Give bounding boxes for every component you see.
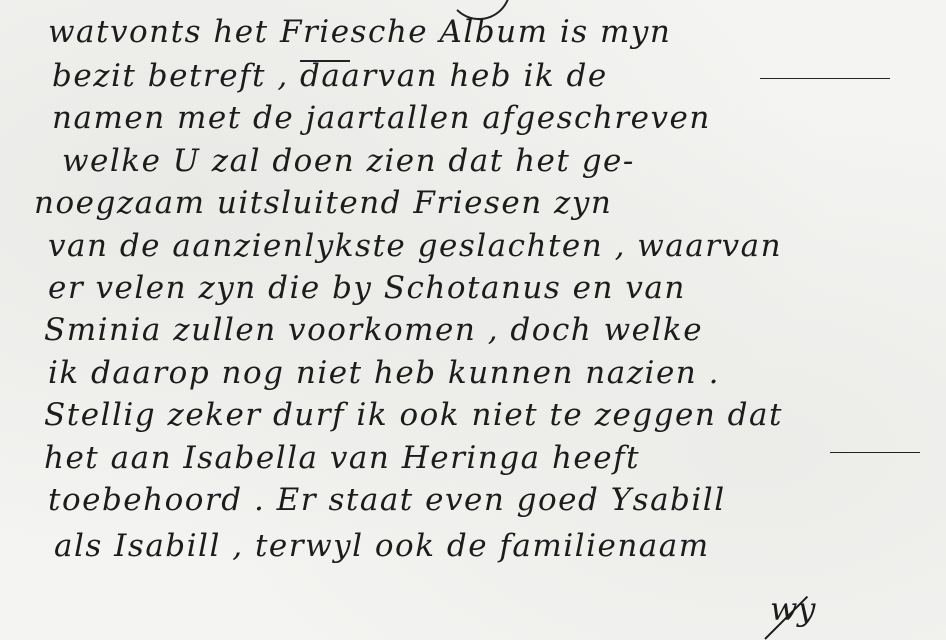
manuscript-line-8: Sminia zullen voorkomen , doch welke <box>44 312 703 348</box>
manuscript-line-3: namen met de jaartallen afgeschreven <box>52 100 711 136</box>
manuscript-line-9: ik daarop nog niet heb kunnen nazien . <box>48 355 720 391</box>
manuscript-line-10: Stellig zeker durf ik ook niet te zeggen… <box>44 397 783 433</box>
ink-stroke <box>300 60 350 62</box>
manuscript-line-1: watvonts het Friesche Album is myn <box>48 14 671 50</box>
manuscript-line-7: er velen zyn die by Schotanus en van <box>48 270 686 306</box>
manuscript-line-6: van de aanzienlykste geslachten , waarva… <box>48 228 782 264</box>
ink-stroke <box>760 78 890 79</box>
manuscript-page: watvonts het Friesche Album is myn bezit… <box>0 0 946 640</box>
manuscript-line-2: bezit betreft , daarvan heb ik de <box>52 58 608 94</box>
ink-stroke <box>830 452 920 453</box>
manuscript-line-5: noegzaam uitsluitend Friesen zyn <box>34 185 612 221</box>
manuscript-line-11: het aan Isabella van Heringa heeft <box>44 440 640 476</box>
manuscript-line-4: welke U zal doen zien dat het ge- <box>62 143 635 179</box>
manuscript-line-13: als Isabill , terwyl ook de familienaam <box>54 528 710 564</box>
manuscript-line-12: toebehoord . Er staat even goed Ysabill <box>48 482 726 518</box>
